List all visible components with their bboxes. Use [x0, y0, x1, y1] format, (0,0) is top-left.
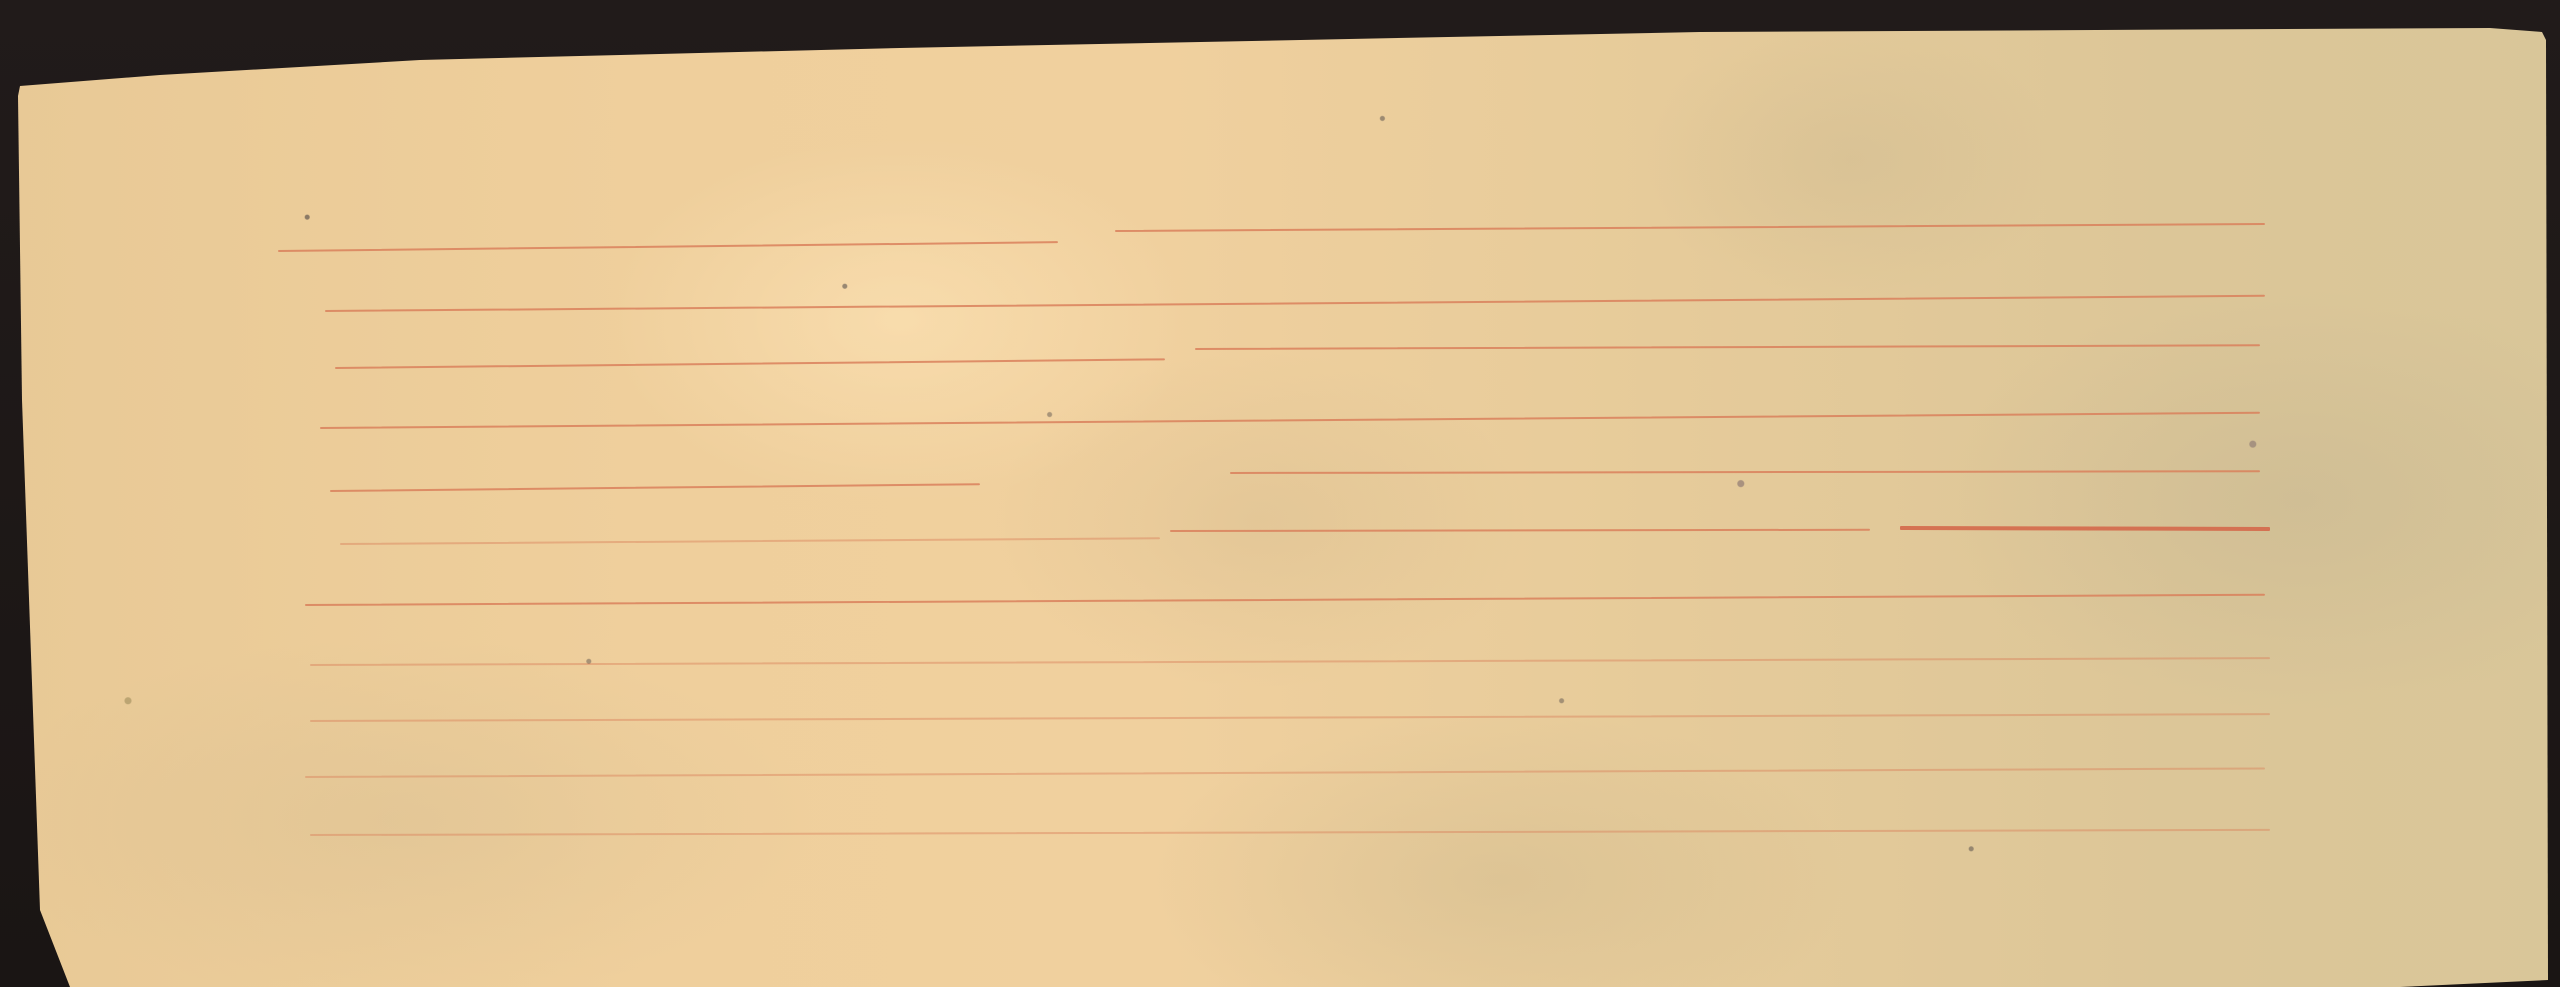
- ruled-line: [320, 412, 2260, 429]
- ruled-line: [278, 241, 1058, 252]
- ruled-line: [340, 537, 1160, 544]
- ruled-line: [305, 594, 2265, 606]
- ruled-line: [310, 713, 2270, 721]
- ruled-line: [310, 657, 2270, 665]
- manuscript-leaf: [0, 0, 2560, 987]
- ruled-line: [325, 295, 2265, 312]
- ruled-line: [330, 483, 980, 492]
- ruled-line: [1170, 529, 1870, 532]
- ruled-line: [1230, 470, 2260, 474]
- ruled-line: [1115, 223, 2265, 232]
- ruled-line: [1195, 344, 2260, 350]
- ruled-line: [335, 358, 1165, 369]
- ruled-line: [1900, 526, 2270, 531]
- ruled-line: [310, 829, 2270, 836]
- document-viewer: [0, 0, 2560, 987]
- ruled-line: [305, 767, 2265, 777]
